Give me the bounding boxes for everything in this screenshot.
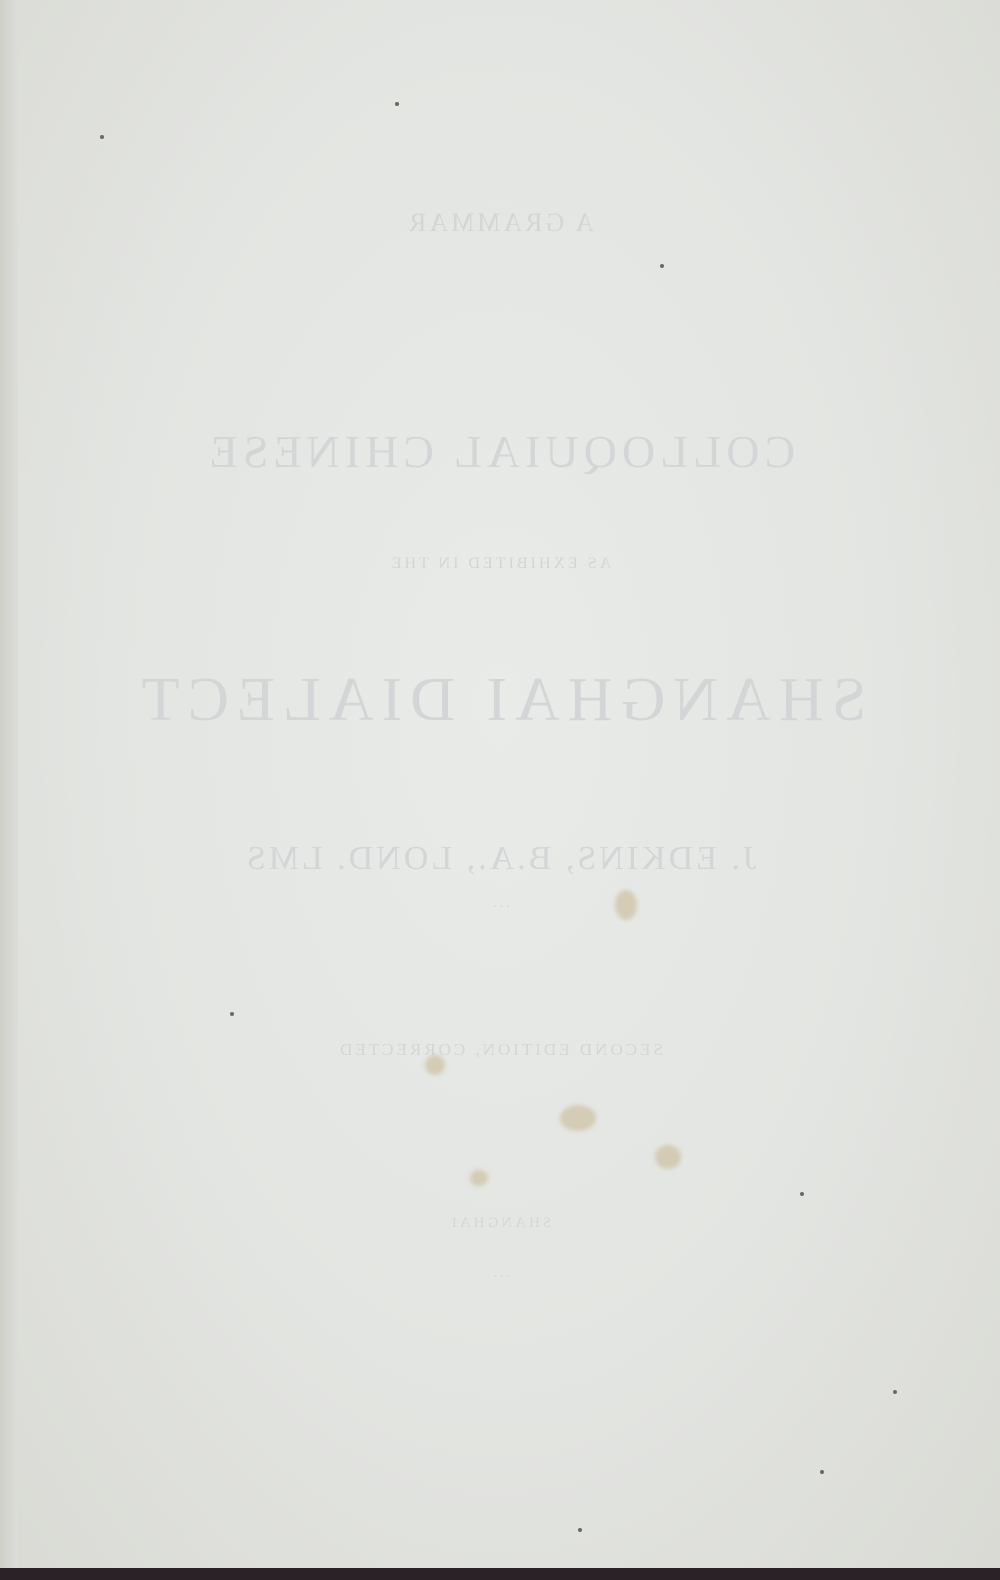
foxing-stain: [655, 1145, 681, 1169]
show-through-title-line-2: COLLOQUIAL CHINESE: [0, 425, 1000, 478]
show-through-title-line-1: A GRAMMAR: [0, 208, 1000, 238]
foxing-stain: [470, 1170, 488, 1186]
show-through-edition: SECOND EDITION, CORRECTED: [0, 1040, 1000, 1060]
show-through-subtitle: AS EXHIBITED IN THE: [0, 555, 1000, 573]
show-through-publisher: ...: [0, 1265, 1000, 1282]
speck: [893, 1390, 897, 1394]
foxing-stain: [560, 1105, 596, 1131]
show-through-title-line-3: SHANGHAI DIALECT: [0, 665, 1000, 736]
speck: [660, 264, 664, 268]
foxing-stain: [615, 890, 637, 920]
speck: [100, 135, 104, 139]
speck: [578, 1528, 582, 1532]
speck: [395, 102, 399, 106]
speck: [820, 1470, 824, 1474]
speck: [800, 1192, 804, 1196]
scanned-page: A GRAMMAR COLLOQUIAL CHINESE AS EXHIBITE…: [0, 0, 1000, 1568]
show-through-place: SHANGHAI: [0, 1215, 1000, 1232]
show-through-author-affiliation: ...: [0, 895, 1000, 912]
show-through-author: J. EDKINS, B.A., LOND. LMS: [0, 840, 1000, 878]
speck: [230, 1012, 234, 1016]
foxing-stain: [425, 1055, 445, 1075]
